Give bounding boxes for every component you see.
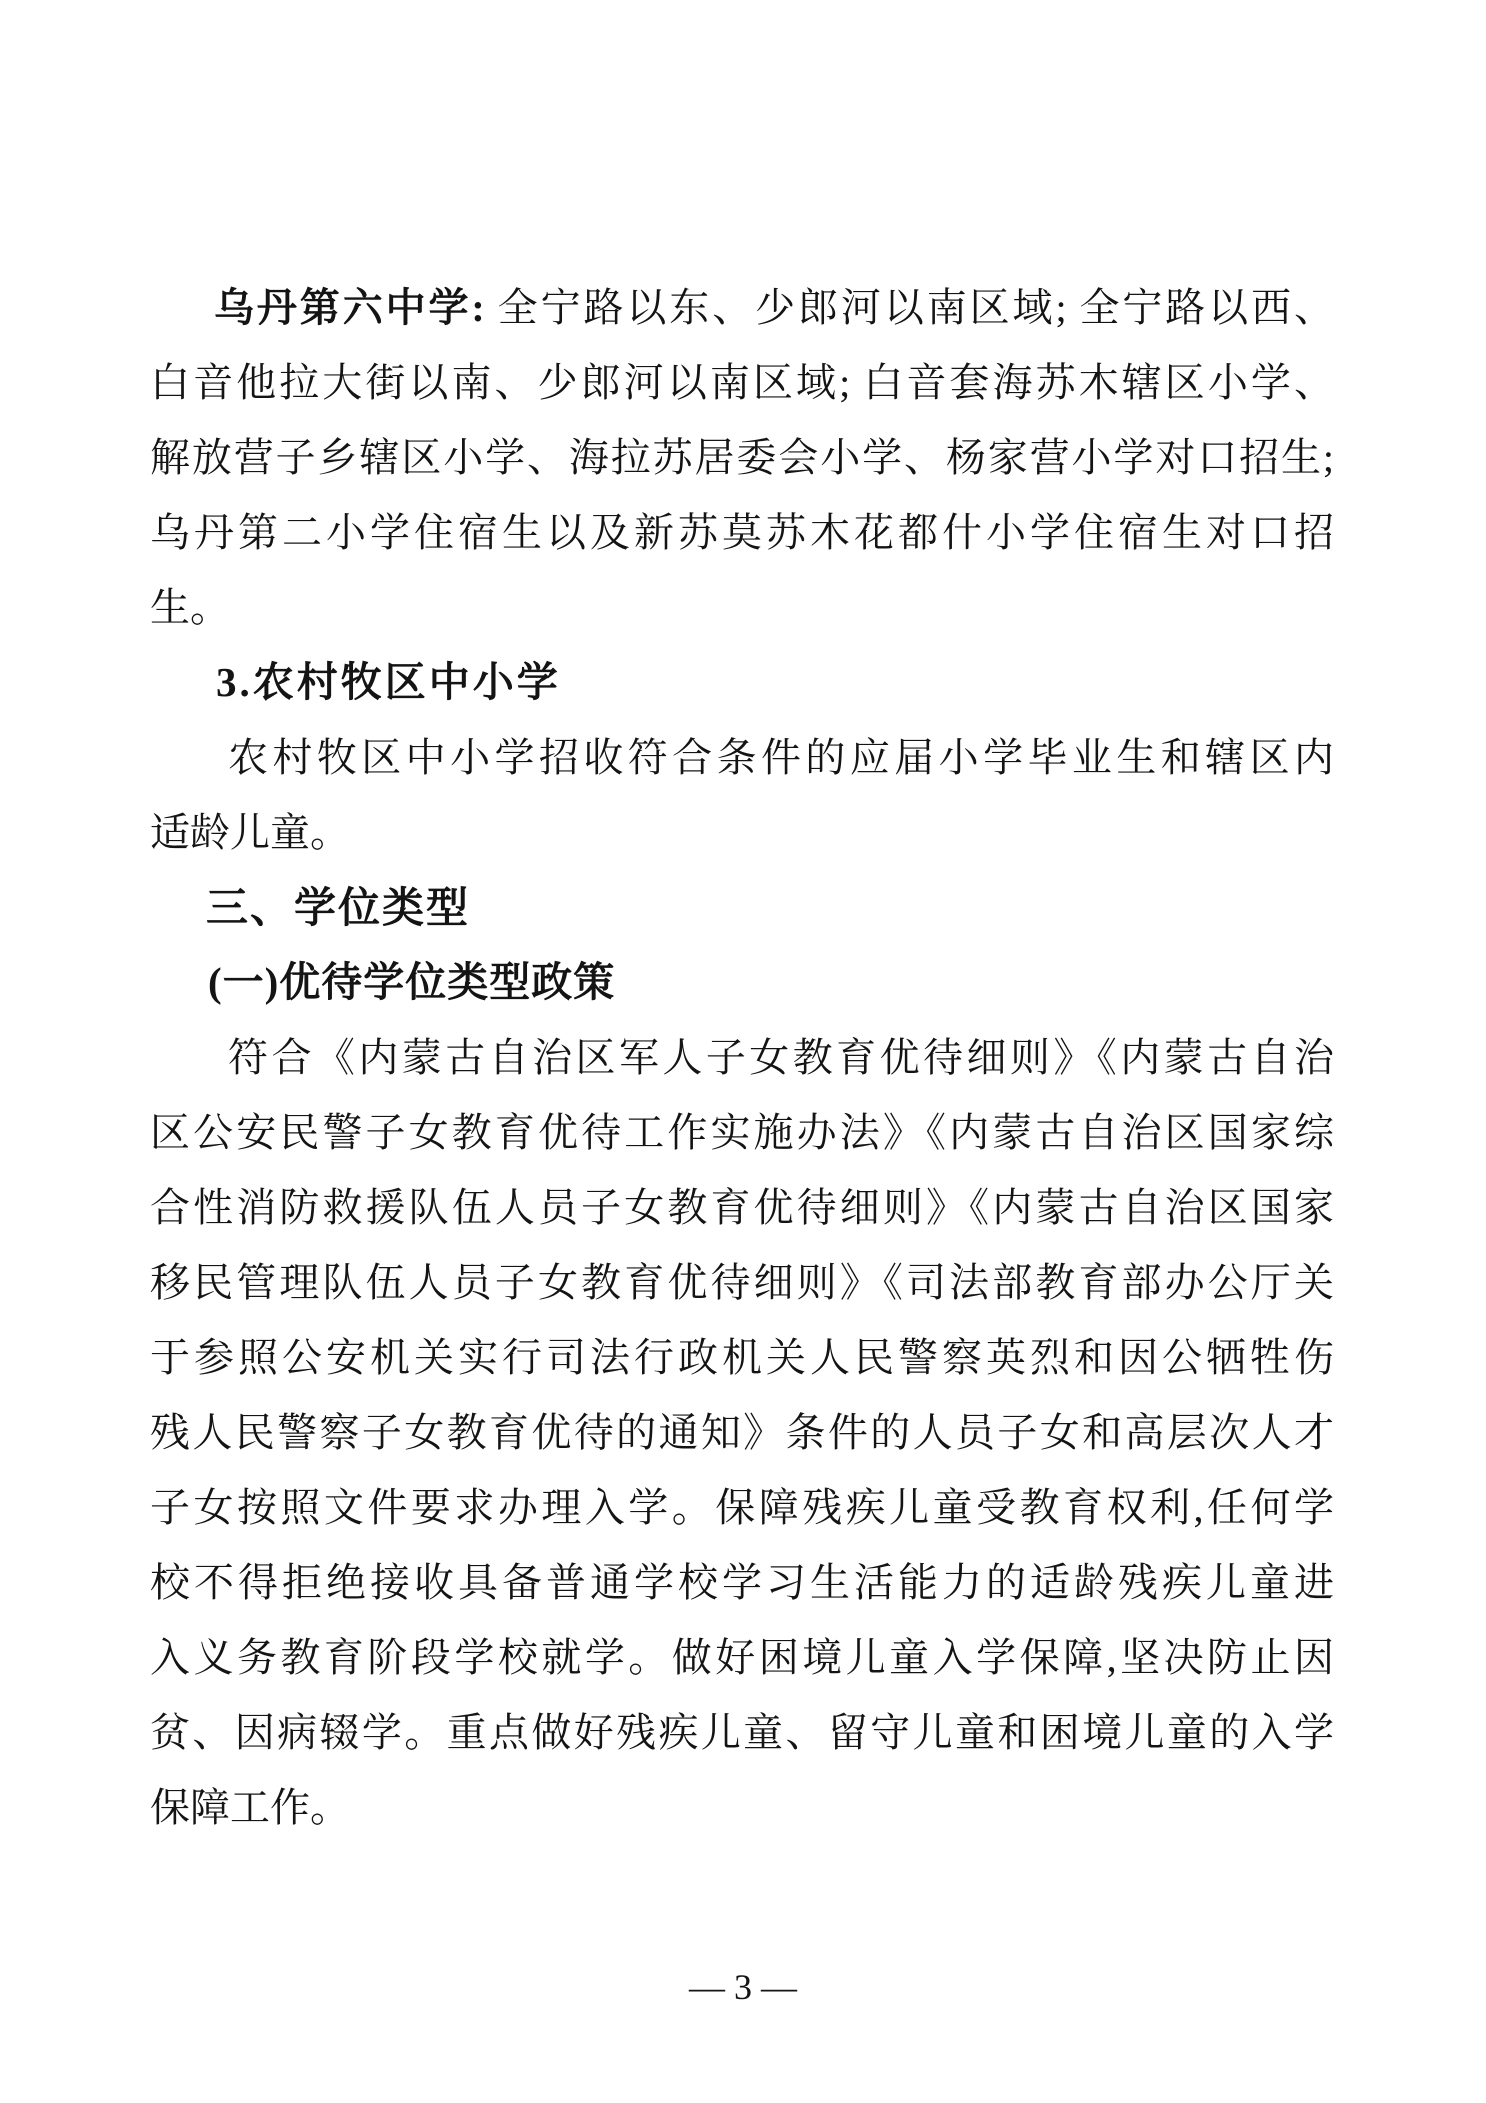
paragraph-policy-line: 符合《内蒙古自治区军人子女教育优待细则》《内蒙古自治 [150, 1020, 1334, 1095]
paragraph-policy-line: 子女按照文件要求办理入学。保障残疾儿童受教育权利,任何学 [150, 1470, 1334, 1545]
paragraph-udan6-line: 生。 [150, 570, 1334, 645]
paragraph-policy-line: 区公安民警子女教育优待工作实施办法》《内蒙古自治区国家综 [150, 1095, 1334, 1170]
paragraph-policy-line: 合性消防救援队伍人员子女教育优待细则》《内蒙古自治区国家 [150, 1170, 1334, 1245]
paragraph-policy-line: 移民管理队伍人员子女教育优待细则》《司法部教育部办公厅关 [150, 1245, 1334, 1320]
heading-preferential-policy: (一)优待学位类型政策 [150, 945, 1334, 1020]
document-page: 乌丹第六中学: 全宁路以东、少郎河以南区域; 全宁路以西、 白音他拉大街以南、少… [0, 0, 1486, 2103]
paragraph-policy-line: 于参照公安机关实行司法行政机关人民警察英烈和因公牺牲伤 [150, 1320, 1334, 1395]
text-run: 全宁路以东、少郎河以南区域; 全宁路以西、 [485, 285, 1334, 330]
paragraph-udan6-line: 乌丹第二小学住宿生以及新苏莫苏木花都什小学住宿生对口招 [150, 495, 1334, 570]
paragraph-rural-line: 适龄儿童。 [150, 795, 1334, 870]
heading-degree-types: 三、学位类型 [150, 870, 1334, 945]
paragraph-policy-line: 残人民警察子女教育优待的通知》条件的人员子女和高层次人才 [150, 1395, 1334, 1470]
document-body: 乌丹第六中学: 全宁路以东、少郎河以南区域; 全宁路以西、 白音他拉大街以南、少… [150, 270, 1334, 1845]
paragraph-policy-line: 保障工作。 [150, 1770, 1334, 1845]
heading-rural-schools: 3.农村牧区中小学 [150, 645, 1334, 720]
school-name-lead: 乌丹第六中学: [214, 285, 485, 330]
paragraph-udan6-line: 解放营子乡辖区小学、海拉苏居委会小学、杨家营小学对口招生; [150, 420, 1334, 495]
paragraph-policy-line: 校不得拒绝接收具备普通学校学习生活能力的适龄残疾儿童进 [150, 1545, 1334, 1620]
paragraph-udan6-line: 白音他拉大街以南、少郎河以南区域; 白音套海苏木辖区小学、 [150, 345, 1334, 420]
paragraph-udan6-line: 乌丹第六中学: 全宁路以东、少郎河以南区域; 全宁路以西、 [150, 270, 1334, 345]
page-number: — 3 — [0, 1962, 1486, 2012]
paragraph-policy-line: 入义务教育阶段学校就学。做好困境儿童入学保障,坚决防止因 [150, 1620, 1334, 1695]
paragraph-policy-line: 贫、因病辍学。重点做好残疾儿童、留守儿童和困境儿童的入学 [150, 1695, 1334, 1770]
paragraph-rural-line: 农村牧区中小学招收符合条件的应届小学毕业生和辖区内 [150, 720, 1334, 795]
